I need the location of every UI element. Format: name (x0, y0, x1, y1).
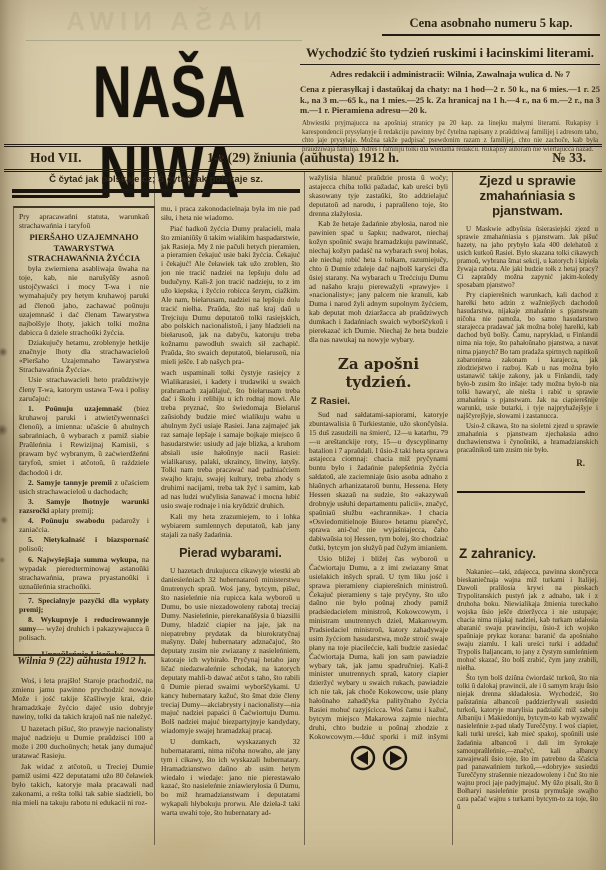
body-paragraph: Usio bližej i bližej čas wyboroŭ u Čaćwi… (309, 555, 448, 742)
body-paragraph: Usio-ž cikawa, što na sioletni zjezd u s… (457, 422, 598, 454)
ad-list-item: 8. Wykupnyje i reducirowannyje sumy— wyž… (19, 615, 149, 642)
editorial-dateline: Wilnia 9 (22) aŭhusta 1912 h. (10, 656, 154, 667)
body-paragraph: wach uspaminali tolki čystyje rasiejcy z… (161, 369, 300, 511)
body-paragraph: Kali my heta zrazumiejem, to i lohka wyb… (161, 513, 300, 540)
ad-item-lead: 6. Najwyšejšaja summa wykupa, (28, 555, 138, 564)
column-4-top: Zjezd u sprawie zmahańniasia s pjanstwam… (457, 174, 598, 456)
body-paragraph: Što tym bolš dziŭna ćwiordaść turkoŭ, št… (457, 674, 598, 811)
volume-label: Hod VII. (30, 150, 82, 166)
column-4-bottom: Z zahranicy. Nakaniec—taki, zdajecca, pa… (457, 546, 598, 846)
headline-z-zahranicy: Z zahranicy. (459, 546, 598, 562)
heavy-rule-short (12, 195, 108, 198)
ad-inner-rule (19, 593, 100, 594)
ad-list-item: 2. Samyje tannyje premii z učaściem usic… (19, 478, 149, 496)
section-rule (457, 491, 585, 493)
ad-item-rest: (biez kruhawoj paruki i atwietčywennaści… (19, 404, 149, 477)
editorial-paragraph: Woś, i leta prajšło! Staroje prachodzić,… (12, 676, 153, 722)
column-divider-3 (452, 171, 453, 845)
column-3: wažylisia hlanuć praŭdzie prosta ŭ wočy;… (309, 174, 448, 742)
ad-paragraph: Usie strachawacieli heto praŭdziwyje čle… (19, 375, 149, 402)
body-paragraph: Sud nad sałdatami-sapiorami, katoryje zb… (309, 411, 448, 553)
ad-list-item: 7. Specialnyje pazyčki dla wypłaty premi… (19, 596, 149, 614)
ad-item-rest: — wyžej druhich i pakazywajucca ŭ polisa… (19, 624, 149, 642)
ad-intro: Pry apracawańni statuta, warunkaŭ strach… (19, 212, 149, 230)
ad-title: PIERŠAHO UZAJEMNAHO TAWARYSTWA STRACHAWA… (19, 232, 149, 263)
headline-zjezd: Zjezd u sprawie zmahańniasia s pjanstwam… (457, 174, 598, 219)
ad-item-rest: polisoŭ; (19, 544, 43, 553)
ghost-print: NAŠA NIWA (26, 6, 296, 37)
pronunciation-note: Č čytać jak polskaje cz; Š čytać jak pol… (12, 174, 300, 185)
dateline-bar: Hod VII. 1-e (29) žniunia (aŭhusta) 1912… (4, 144, 602, 172)
header-info-block: Cena asobnaho numeru 5 kap. Wychodzić št… (300, 16, 600, 154)
body-paragraph: Kab že hetaje žadańnie zbyłosia, narod n… (309, 220, 448, 344)
insurance-advertisement: Pry apracawańni statuta, warunkaŭ strach… (13, 206, 155, 656)
ad-item-lead: 2. Samyje tannyje premii (28, 478, 112, 487)
ad-item-lead: 7. Specialnyje pazyčki dla wypłaty premi… (19, 596, 149, 614)
body-paragraph: wažylisia hlanuć praŭdzie prosta ŭ wočy;… (309, 174, 448, 218)
body-paragraph: U dumkach, wyskazanych 32 hubernatarami,… (161, 738, 300, 818)
ad-organization: Upraŭleńnie Litoŭska-Biełaruskaho Okruha… (19, 649, 149, 656)
price-line: Cena asobnaho numeru 5 kap. (382, 16, 600, 36)
column-divider-2 (304, 171, 305, 845)
headline-za-aposni-tydzien: Za apošni tydzień. (309, 355, 448, 391)
ad-item-lead: 5. Nietykalnaść i biazspornaść (28, 535, 149, 544)
ad-list-item: 1. Poŭnuju uzajemnaść (biez kruhawoj par… (19, 404, 149, 477)
printer-ornament-icon (309, 744, 448, 777)
editorial-paragraph: Jak widać z atčotoŭ, u Treciej Dumie pam… (12, 762, 153, 808)
frequency-line: Wychodzić što tydzień ruskimi i łacinski… (300, 45, 600, 65)
headline-pierad-wybarami: Pierad wybarami. (161, 546, 300, 561)
body-paragraph: Piać hadkoŭ žyćcia Dumy pralacieli, mała… (161, 225, 300, 367)
subscription-rates: Cena z pierasyłkaj i dastaŭkaj da chaty:… (300, 84, 600, 116)
editorial-paragraph: U hazetach pišuć, što prawyje nacionalis… (12, 724, 153, 760)
column-2: mu, i praca zakonodacielnaja była im nie… (161, 205, 300, 845)
body-paragraph: U Maskwie adbyŭsia ŭsierasiejski zjezd u… (457, 225, 598, 289)
ad-item-lead: 1. Poŭnuju uzajemnaść (28, 404, 122, 413)
ad-list-item: 4. Poŭnuju swabodu padarožy i zaniaćcia. (19, 516, 149, 534)
subhead-z-rasiei: Z Rasiei. (311, 396, 448, 407)
editorial-column: Woś, i leta prajšło! Staroje prachodzić,… (12, 676, 153, 838)
ad-paragraph: była zwierniena asabliwaja ŭwaha na toje… (19, 264, 149, 337)
article-signature: R. (457, 458, 585, 468)
newspaper-page: NAŠA NIWA NAŠA NIWA Cena asobnaho numeru… (0, 0, 606, 870)
ad-list-item: 3. Samyje lhotnyje warunki razsročki apł… (19, 497, 149, 515)
ad-item-lead: 4. Poŭnuju swabodu (28, 516, 105, 525)
fold-line (26, 40, 302, 41)
address-line: Adres redakcii i administracii: Wilnia, … (300, 69, 600, 79)
heavy-rule (12, 189, 300, 193)
body-paragraph: Nakaniec—taki, zdajecca, pawinna skončyc… (457, 568, 598, 673)
body-paragraph: mu, i praca zakonodacielnaja była im nie… (161, 205, 300, 223)
ad-item-rest: apłaty premij; (49, 506, 93, 515)
ad-list-item: 5. Nietykalnaść i biazspornaść polisoŭ; (19, 535, 149, 553)
body-paragraph: Pry ciapierešnich warunkach, kali dachod… (457, 291, 598, 420)
body-paragraph: U hazetach drukujucca cikawyje wiestki a… (161, 567, 300, 736)
issue-number: № 33. (552, 150, 586, 166)
pronunciation-note-block: Č čytać jak polskaje cz; Š čytać jak pol… (12, 174, 300, 198)
issue-date: 1-e (29) žniunia (aŭhusta) 1912 h. (207, 150, 399, 166)
ad-list-item: 6. Najwyšejšaja summa wykupa, na wypadak… (19, 555, 149, 591)
ad-paragraph: Dziakujučy hetamu, zroblenyje hetkije zn… (19, 338, 149, 374)
